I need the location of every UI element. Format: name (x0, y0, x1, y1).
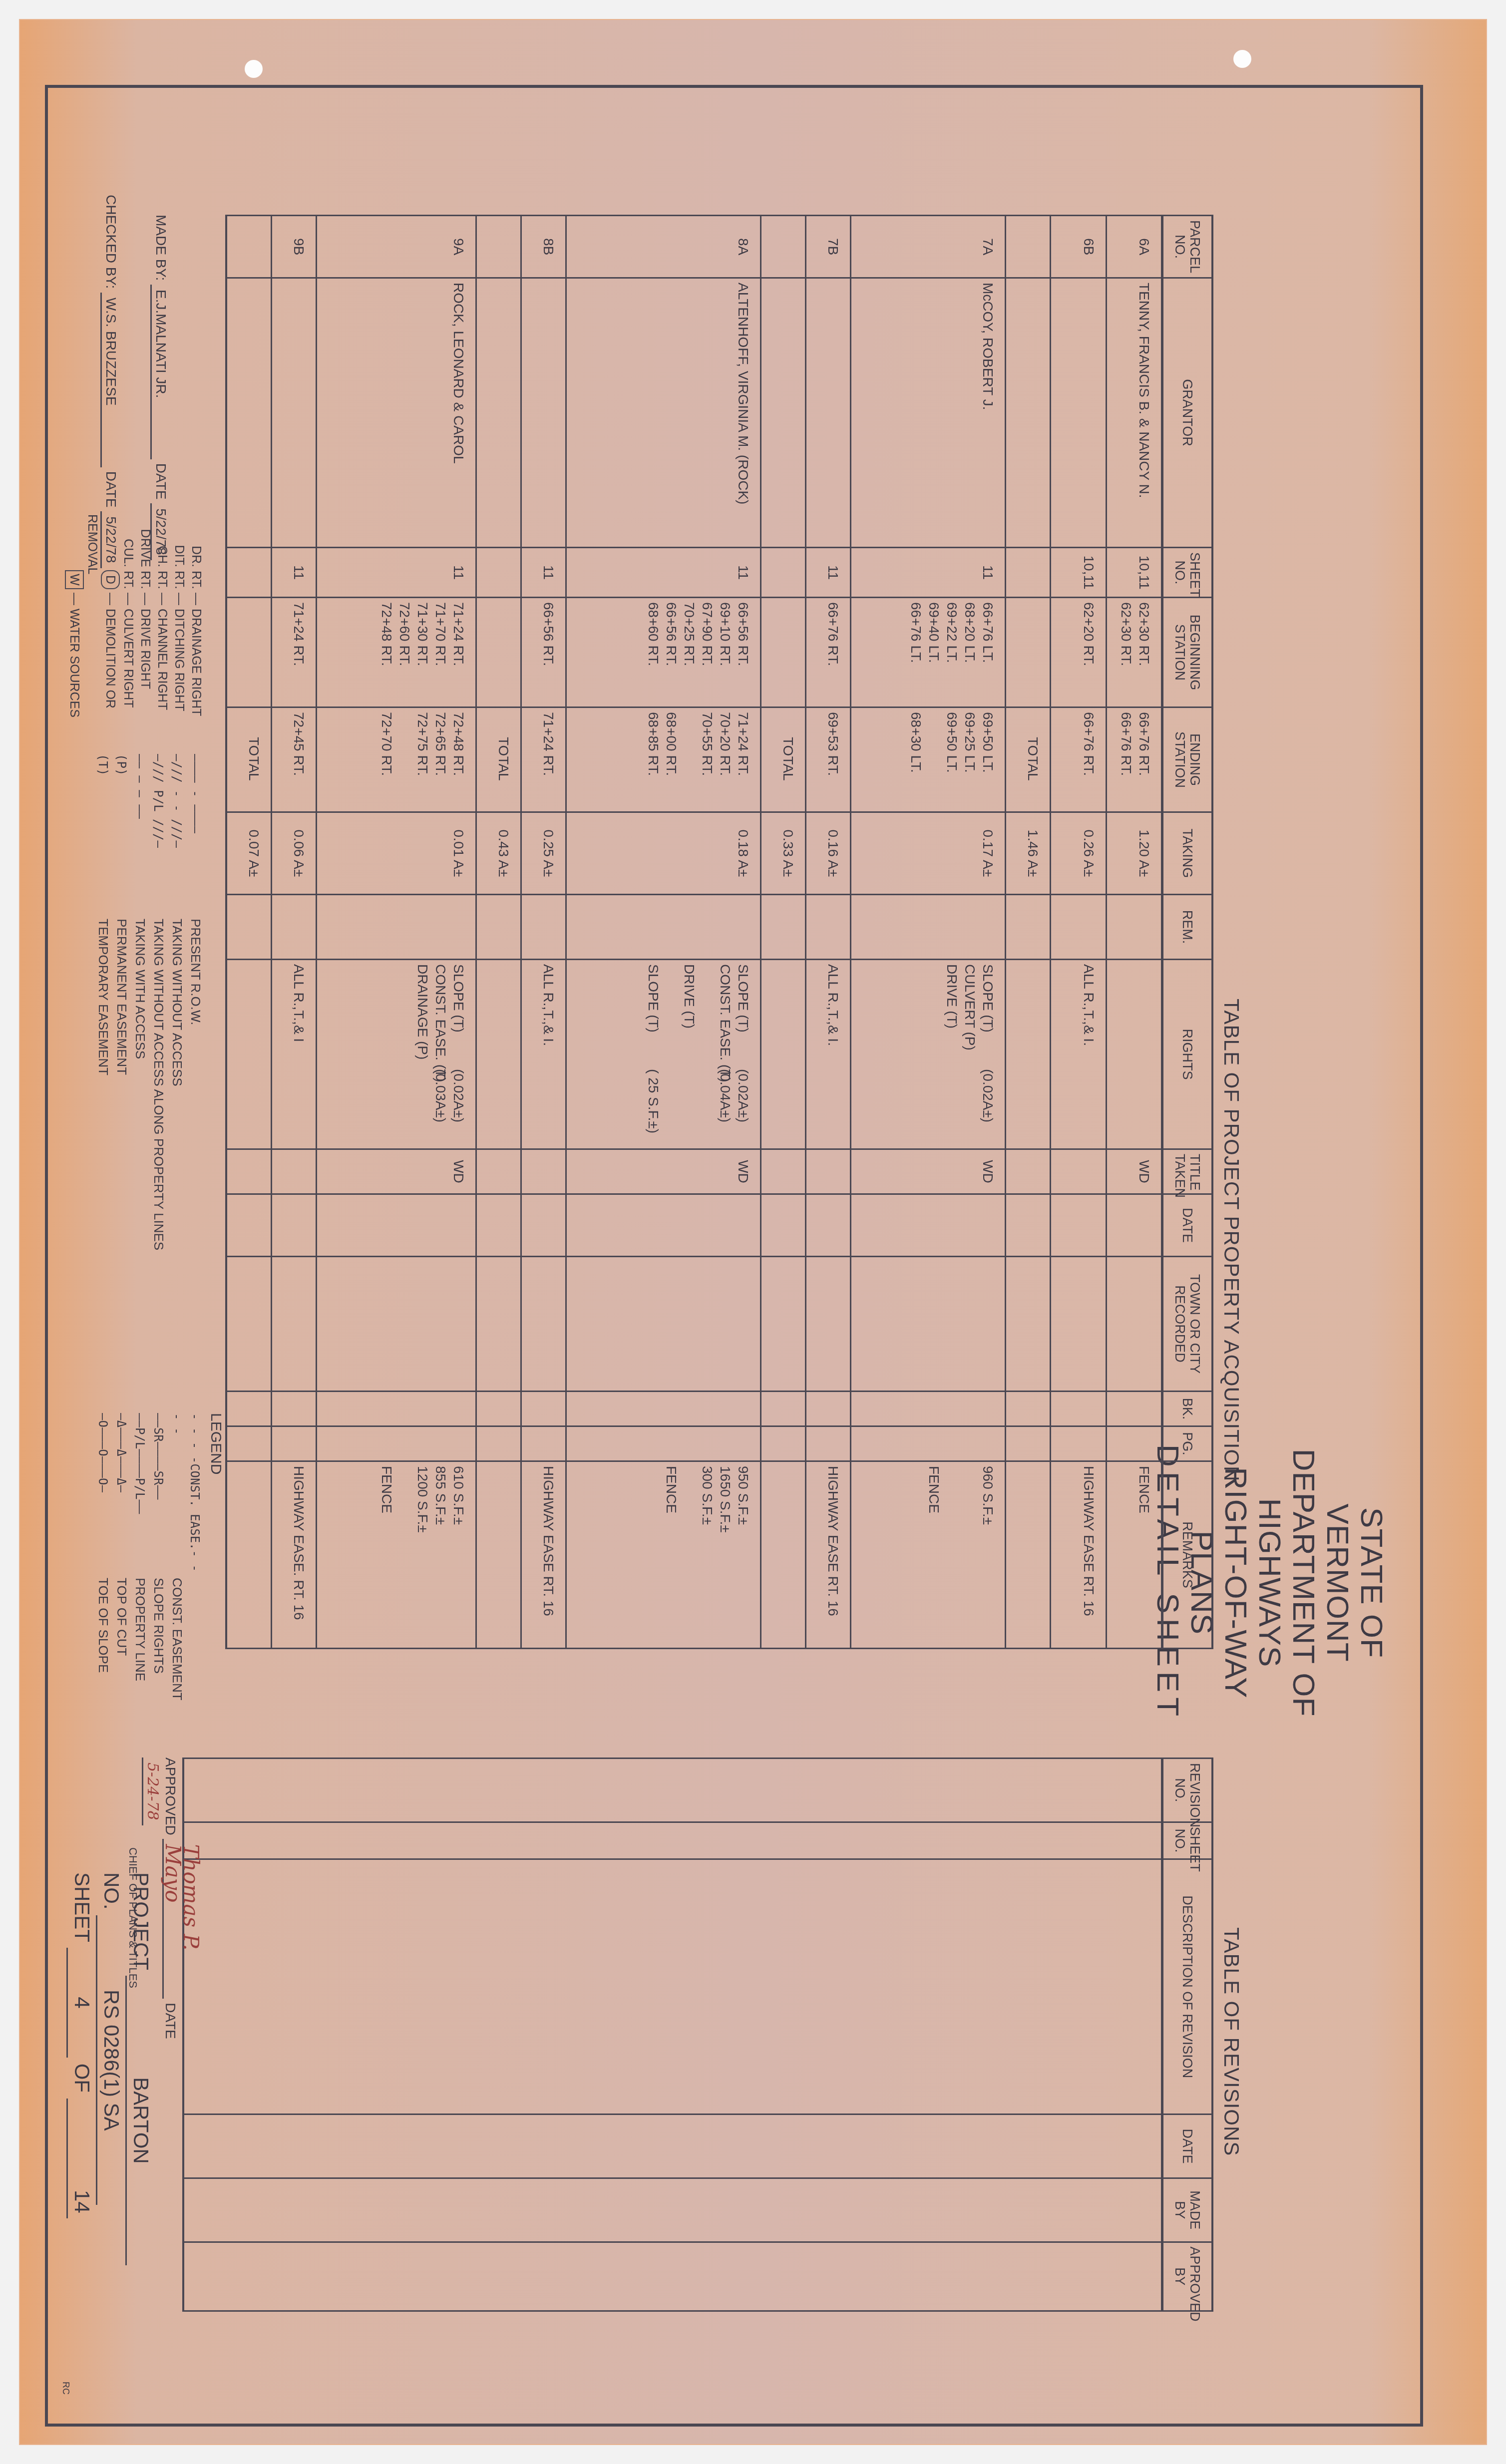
sheet-text: 11 (979, 552, 997, 593)
cell-bk (566, 1392, 761, 1426)
table-row: 8B1166+56 RT.71+24 RT.0.25 A±ALL R.,T.,&… (521, 216, 566, 1649)
column-header: REM. (1162, 895, 1213, 960)
rights-text: ALL R.,T.,& I. (824, 964, 842, 1069)
legend: LEGEND - - - -CONST. EASE.- - - -CONST. … (94, 1413, 225, 1762)
remarks-text: HIGHWAY EASE. RT. 16 (290, 1466, 308, 1644)
taking-text: 0.16 A± (824, 817, 842, 890)
remarks-text: 610 S.F.± 855 S.F.± 1200 S.F.± FENCE (377, 1466, 467, 1644)
cell-pg (761, 1426, 806, 1461)
cell-town (1006, 1257, 1051, 1392)
column-header: RIGHTS (1162, 960, 1213, 1149)
cell-bk (1051, 1392, 1107, 1426)
cell-sheet (1006, 548, 1051, 598)
cell-pg (476, 1426, 521, 1461)
cell-taking: 0.33 A± (761, 812, 806, 895)
rights-text: ALL R.,T.,& I. (539, 964, 557, 1069)
legend-symbol-icon: - - - -CONST. EASE.- - - - (168, 1413, 204, 1578)
cell-remarks: 610 S.F.± 855 S.F.± 1200 S.F.± FENCE (317, 1461, 476, 1649)
legend-symbol-icon: —O———O———O— (94, 1413, 112, 1578)
cell-rem (272, 895, 317, 960)
sheet-text: 11 (449, 552, 467, 593)
title-text: WD (734, 1154, 752, 1189)
taking-text: 1.46 A± (1024, 817, 1042, 890)
cell-remarks: HIGHWAY EASE. RT. 16 (272, 1461, 317, 1649)
cell-taking: 0.26 A± (1051, 812, 1107, 895)
column-header: TAKING (1162, 812, 1213, 895)
cell-bk (476, 1392, 521, 1426)
revisions-empty-row (184, 1759, 1162, 2311)
cell-grantor (476, 278, 521, 548)
legend-item: —O———O———O—TOE OF SLOPE (94, 1413, 112, 1762)
revision-column-header: SHEET NO. (1162, 1822, 1213, 1859)
line-key-item: (T)TEMPORARY EASEMENT (94, 754, 112, 1378)
cell-pg (1107, 1426, 1162, 1461)
parcel-text: 6A (1135, 220, 1153, 273)
begin-text: 66+76 LT. 68+20 LT. 69+22 LT. 69+40 LT. … (907, 602, 997, 703)
approver-signature: Thomas P. Mayo (162, 1839, 200, 1999)
line-key-item: ———— - ————PRESENT R.O.W. (186, 754, 205, 1378)
table-row: TOTAL0.43 A± (476, 216, 521, 1649)
cell-date (566, 1194, 761, 1257)
table-row: 6B10,1162+20 RT.66+76 RT.0.26 A±ALL R.,T… (1051, 216, 1107, 1649)
abbreviations-list: DR. RT. — DRAINAGE RIGHTDIT. RT. — DITCH… (65, 514, 205, 724)
remarks-text: HIGHWAY EASE RT. 16 (1080, 1466, 1098, 1644)
column-header: BEGINNING STATION (1162, 598, 1213, 707)
rights-text: SLOPE (T) CONST. EASE. (T) DRAINAGE (P) (413, 964, 467, 1069)
cell-date (272, 1194, 317, 1257)
title-state: STATE OF VERMONT (1320, 1433, 1388, 1733)
cell-rights: SLOPE (T) CONST. EASE. (T) DRAINAGE (P)(… (317, 960, 476, 1149)
project-block: PROJECT BARTON NO. RS 0286(1) SA SHEET 4… (66, 1872, 155, 2372)
abbreviation-item: DRIVE RT. — DRIVE RIGHT (137, 514, 154, 724)
cell-end: 72+45 RT. (272, 707, 317, 812)
made-date-label: DATE (153, 463, 169, 500)
legend-meaning: CONST. EASEMENT (170, 1578, 185, 1701)
end-text: TOTAL (245, 712, 263, 807)
begin-text: 71+24 RT. (290, 602, 308, 703)
cell-parcel: 6A (1107, 216, 1162, 278)
begin-text: 66+56 RT. (539, 602, 557, 703)
cell-date (521, 1194, 566, 1257)
column-header: TITLE TAKEN (1162, 1149, 1213, 1194)
cell-grantor (806, 278, 851, 548)
taking-text: 0.26 A± (1080, 817, 1098, 890)
approved-label: APPROVED (163, 1758, 178, 1835)
end-text: 69+50 LT. 69+25 LT. 69+50 LT. 68+30 LT. (907, 712, 997, 807)
cell-rem (761, 895, 806, 960)
cell-parcel (761, 216, 806, 278)
abbreviation-meaning: CHANNEL RIGHT (155, 609, 169, 710)
cell-title (1006, 1149, 1051, 1194)
cell-town (761, 1257, 806, 1392)
parcel-text: 9B (290, 220, 308, 273)
rights-area: (0.02A±) (0.03A±) (431, 1069, 467, 1122)
cell-grantor: ROCK, LEONARD & CAROL (317, 278, 476, 548)
line-key-item: (P)PERMANENT EASEMENT (112, 754, 131, 1378)
project-number: RS 0286(1) SA (96, 1915, 125, 2205)
cell-end: 71+24 RT. 70+20 RT. 70+55 RT. 68+00 RT. … (566, 707, 761, 812)
cell-sheet: 11 (806, 548, 851, 598)
cell-bk (1107, 1392, 1162, 1426)
cell-pg (1006, 1426, 1051, 1461)
cell-end: 66+76 RT. (1051, 707, 1107, 812)
revision-column-header: MADE BY (1162, 2178, 1213, 2242)
corner-mark: RC (57, 2382, 75, 2395)
cell-pg (566, 1426, 761, 1461)
cell-rem (851, 895, 1006, 960)
line-key-meaning: TAKING WITH ACCESS (133, 919, 148, 1059)
line-type-key: ———— - ————PRESENT R.O.W.—/// - - ///—TA… (94, 754, 205, 1378)
legend-symbol-icon: ——P/L————P/L—— (131, 1413, 149, 1578)
cell-title (272, 1149, 317, 1194)
cell-parcel (227, 216, 272, 278)
abbreviation-item: D — DEMOLITION OR REMOVAL (84, 514, 120, 724)
cell-rights (227, 960, 272, 1149)
cell-remarks (227, 1461, 272, 1649)
begin-text: 62+20 RT. (1080, 602, 1098, 703)
cell-parcel: 7B (806, 216, 851, 278)
end-text: TOTAL (779, 712, 797, 807)
cell-pg (806, 1426, 851, 1461)
cell-begin (761, 598, 806, 707)
cell-rem (1107, 895, 1162, 960)
abbreviation-item: CH. RT. — CHANNEL RIGHT (154, 514, 171, 724)
cell-rights: SLOPE (T) CULVERT (P) DRIVE (T)(0.02A±) (851, 960, 1006, 1149)
title-text: WD (449, 1154, 467, 1189)
begin-text: 66+56 RT. 69+10 RT. 67+90 RT. 70+25 RT. … (644, 602, 752, 703)
cell-taking: 1.46 A± (1006, 812, 1051, 895)
cell-rem (521, 895, 566, 960)
remarks-text: HIGHWAY EASE RT. 16 (539, 1466, 557, 1644)
cell-rights: SLOPE (T) CONST. EASE. (T) DRIVE (T) SLO… (566, 960, 761, 1149)
cell-grantor: McCOY, ROBERT J. (851, 278, 1006, 548)
revisions-table: REVISION NO.SHEET NO.DESCRIPTION OF REVI… (183, 1758, 1214, 2312)
project-label: PROJECT (129, 1872, 153, 1970)
cell-rights (1006, 960, 1051, 1149)
cell-end: 69+53 RT. (806, 707, 851, 812)
cell-town (272, 1257, 317, 1392)
demolition-hex-icon: D (101, 514, 120, 589)
grantor-text: McCOY, ROBERT J. (979, 283, 997, 543)
cell-pg (521, 1426, 566, 1461)
table-row: 8AALTENHOFF, VIRGINIA M. (ROCK)1166+56 R… (566, 216, 761, 1649)
cell-bk (851, 1392, 1006, 1426)
rights-text: SLOPE (T) CULVERT (P) DRIVE (T) (943, 964, 997, 1069)
cell-pg (272, 1426, 317, 1461)
cell-bk (761, 1392, 806, 1426)
cell-begin: 66+56 RT. 69+10 RT. 67+90 RT. 70+25 RT. … (566, 598, 761, 707)
cell-bk (806, 1392, 851, 1426)
cell-town (806, 1257, 851, 1392)
punch-hole (245, 60, 263, 78)
cell-town (317, 1257, 476, 1392)
cell-bk (272, 1392, 317, 1426)
cell-rights: ALL R.,T.,& I. (521, 960, 566, 1149)
cell-sheet: 11 (566, 548, 761, 598)
parcel-text: 8B (539, 220, 557, 273)
cell-rem (476, 895, 521, 960)
table-row: 6ATENNY, FRANCIS B. & NANCY N.10,1162+30… (1107, 216, 1162, 1649)
column-header: SHEET NO. (1162, 548, 1213, 598)
cell-rights (761, 960, 806, 1149)
punch-hole (1233, 50, 1251, 68)
line-key-item: —— — — ——TAKING WITH ACCESS (131, 754, 149, 1378)
cell-begin (227, 598, 272, 707)
grantor-text: ROCK, LEONARD & CAROL (449, 283, 467, 543)
cell-bk (521, 1392, 566, 1426)
cell-end: 66+76 RT. 66+76 RT. (1107, 707, 1162, 812)
title-department: DEPARTMENT OF HIGHWAYS (1252, 1433, 1320, 1733)
line-key-item: —/// - - ///—TAKING WITHOUT ACCESS (168, 754, 186, 1378)
cell-end: 69+50 LT. 69+25 LT. 69+50 LT. 68+30 LT. (851, 707, 1006, 812)
sheet-number: 4 (66, 1948, 96, 2058)
cell-grantor (521, 278, 566, 548)
parcel-text: 7B (824, 220, 842, 273)
cell-taking: 0.16 A± (806, 812, 851, 895)
column-header: PARCEL NO. (1162, 216, 1213, 278)
cell-town (1051, 1257, 1107, 1392)
acquisition-header-row: PARCEL NO.GRANTORSHEET NO.BEGINNING STAT… (1162, 216, 1213, 1649)
cell-title: WD (566, 1149, 761, 1194)
line-symbol-icon: —/// P/L ///— (149, 754, 167, 919)
legend-item: - - - -CONST. EASE.- - - -CONST. EASEMEN… (168, 1413, 204, 1762)
column-header: REMARKS (1162, 1461, 1213, 1649)
line-key-item: —/// P/L ///—TAKING WITHOUT ACCESS ALONG… (149, 754, 168, 1378)
sheet-text: 11 (290, 552, 308, 593)
cell-remarks: HIGHWAY EASE RT. 16 (806, 1461, 851, 1649)
abbreviation-item: DIT. RT. — DITCHING RIGHT (171, 514, 188, 724)
acquisition-table: PARCEL NO.GRANTORSHEET NO.BEGINNING STAT… (226, 215, 1214, 1649)
cell-parcel: 6B (1051, 216, 1107, 278)
abbreviation-item: DR. RT. — DRAINAGE RIGHT (188, 514, 205, 724)
legend-meaning: PROPERTY LINE (133, 1578, 148, 1681)
end-text: 71+24 RT. (539, 712, 557, 807)
cell-title (806, 1149, 851, 1194)
taking-text: 0.43 A± (494, 817, 512, 890)
cell-rights (476, 960, 521, 1149)
legend-item: —Δ———Δ———Δ—TOP OF CUT (112, 1413, 131, 1762)
cell-grantor (1006, 278, 1051, 548)
cell-remarks: HIGHWAY EASE RT. 16 (1051, 1461, 1107, 1649)
made-by-value: E.J.MALNATI JR. (150, 285, 170, 459)
revisions-header-row: REVISION NO.SHEET NO.DESCRIPTION OF REVI… (1162, 1759, 1213, 2311)
rights-text: SLOPE (T) CONST. EASE. (T) DRIVE (T) SLO… (644, 964, 752, 1069)
cell-taking: 0.43 A± (476, 812, 521, 895)
cell-parcel: 7A (851, 216, 1006, 278)
end-text: TOTAL (1024, 712, 1042, 807)
cell-sheet (227, 548, 272, 598)
cell-rem (317, 895, 476, 960)
cell-bk (1006, 1392, 1051, 1426)
legend-title: LEGEND (207, 1413, 225, 1762)
column-header: GRANTOR (1162, 278, 1213, 548)
cell-parcel: 9A (317, 216, 476, 278)
cell-title (476, 1149, 521, 1194)
line-key-meaning: PRESENT R.O.W. (188, 919, 203, 1025)
begin-text: 66+76 RT. (824, 602, 842, 703)
cell-sheet: 10,11 (1107, 548, 1162, 598)
legend-meaning: SLOPE RIGHTS (151, 1578, 166, 1674)
cell-end: TOTAL (1006, 707, 1051, 812)
cell-date (1006, 1194, 1051, 1257)
cell-taking: 1.20 A± (1107, 812, 1162, 895)
sheet-text: 10,11 (1080, 552, 1098, 593)
abbreviation-item: CUL. RT. — CULVERT RIGHT (120, 514, 137, 724)
column-header: TOWN OR CITY RECORDED (1162, 1257, 1213, 1392)
cell-begin: 66+76 RT. (806, 598, 851, 707)
cell-begin: 62+20 RT. (1051, 598, 1107, 707)
cell-grantor (761, 278, 806, 548)
cell-taking: 0.25 A± (521, 812, 566, 895)
project-name: BARTON (125, 1976, 155, 2265)
taking-text: 0.25 A± (539, 817, 557, 890)
cell-sheet: 11 (521, 548, 566, 598)
end-text: 66+76 RT. 66+76 RT. (1117, 712, 1153, 807)
cell-title: WD (317, 1149, 476, 1194)
cell-rights: ALL R.,T.,& I (272, 960, 317, 1149)
acquisition-table-title: TABLE OF PROJECT PROPERTY ACQUISITION (1219, 999, 1243, 1481)
legend-item: ——P/L————P/L——PROPERTY LINE (131, 1413, 149, 1762)
checked-by-label: CHECKED BY: (103, 195, 119, 289)
cell-date (1107, 1194, 1162, 1257)
sheet-text: 11 (734, 552, 752, 593)
cell-grantor (272, 278, 317, 548)
taking-text: 0.18 A± (734, 817, 752, 890)
approval-date-value: 5-24-78 (142, 1758, 161, 1825)
grantor-text: ALTENHOFF, VIRGINIA M. (ROCK) (734, 283, 752, 543)
taking-text: 1.20 A± (1135, 817, 1153, 890)
taking-text: 0.17 A± (979, 817, 997, 890)
made-by-label: MADE BY: (153, 215, 169, 281)
taking-text: 0.07 A± (245, 817, 263, 890)
line-key-meaning: TAKING WITHOUT ACCESS ALONG PROPERTY LIN… (151, 919, 166, 1250)
cell-taking: 0.01 A± (317, 812, 476, 895)
cell-rem (806, 895, 851, 960)
cell-rem (227, 895, 272, 960)
abbreviation-code: DR. RT. (188, 514, 205, 589)
line-key-meaning: PERMANENT EASEMENT (114, 919, 129, 1075)
cell-remarks (1006, 1461, 1051, 1649)
cell-town (851, 1257, 1006, 1392)
cell-date (476, 1194, 521, 1257)
revision-column-header: APPROVED BY (1162, 2242, 1213, 2311)
table-row: 9B1171+24 RT.72+45 RT.0.06 A±ALL R.,T.,&… (272, 216, 317, 1649)
cell-bk (227, 1392, 272, 1426)
cell-taking: 0.17 A± (851, 812, 1006, 895)
made-by-line: MADE BY: E.J.MALNATI JR. DATE 5/22/78 (150, 215, 170, 560)
cell-pg (317, 1426, 476, 1461)
cell-title (1051, 1149, 1107, 1194)
cell-end: TOTAL (227, 707, 272, 812)
end-text: TOTAL (494, 712, 512, 807)
revision-column-header: DESCRIPTION OF REVISION (1162, 1859, 1213, 2114)
cell-title (761, 1149, 806, 1194)
cell-bk (317, 1392, 476, 1426)
remarks-text: FENCE (1135, 1466, 1153, 1644)
end-text: 72+48 RT. 72+65 RT. 72+75 RT. 72+70 RT. (377, 712, 467, 807)
cell-town (566, 1257, 761, 1392)
cell-rem (1051, 895, 1107, 960)
title-text: WD (1135, 1154, 1153, 1189)
abbreviation-meaning: WATER SOURCES (67, 609, 81, 717)
parcel-text: 8A (734, 220, 752, 273)
revisions-table-title: TABLE OF REVISIONS (1219, 1927, 1243, 2156)
checked-by-line: CHECKED BY: W.S. BRUZZESE DATE 5/22/78 (100, 195, 120, 568)
sheet-text: 11 (539, 552, 557, 593)
sheet-text: 10,11 (1135, 552, 1153, 593)
abbreviation-code: DRIVE RT. (137, 514, 154, 589)
cell-sheet: 11 (851, 548, 1006, 598)
cell-date (227, 1194, 272, 1257)
parcel-text: 6B (1080, 220, 1098, 273)
end-text: 72+45 RT. (290, 712, 308, 807)
legend-item: ——SR————SR——SLOPE RIGHTS (149, 1413, 168, 1762)
revision-column-header: DATE (1162, 2114, 1213, 2178)
cell-begin (476, 598, 521, 707)
cell-begin: 66+76 LT. 68+20 LT. 69+22 LT. 69+40 LT. … (851, 598, 1006, 707)
cell-grantor: ALTENHOFF, VIRGINIA M. (ROCK) (566, 278, 761, 548)
abbreviation-code: DIT. RT. (171, 514, 188, 589)
sheet-text: 11 (824, 552, 842, 593)
revision-column-header: REVISION NO. (1162, 1759, 1213, 1822)
cell-grantor: TENNY, FRANCIS B. & NANCY N. (1107, 278, 1162, 548)
cell-parcel (1006, 216, 1051, 278)
cell-rights (1107, 960, 1162, 1149)
cell-end: TOTAL (476, 707, 521, 812)
cell-date (851, 1194, 1006, 1257)
table-row: TOTAL1.46 A± (1006, 216, 1051, 1649)
rights-area: (0.02A±) (979, 1069, 997, 1122)
cell-date (1051, 1194, 1107, 1257)
cell-remarks (476, 1461, 521, 1649)
table-row: 9AROCK, LEONARD & CAROL1171+24 RT. 71+70… (317, 216, 476, 1649)
cell-rights: ALL R.,T.,& I. (1051, 960, 1107, 1149)
abbreviation-meaning: DRIVE RIGHT (138, 609, 152, 689)
cell-date (317, 1194, 476, 1257)
abbreviation-meaning: DITCHING RIGHT (172, 609, 186, 711)
abbreviation-meaning: CULVERT RIGHT (121, 609, 135, 708)
cell-title: WD (1107, 1149, 1162, 1194)
cell-sheet (476, 548, 521, 598)
end-text: 66+76 RT. (1080, 712, 1098, 807)
begin-text: 71+24 RT. 71+70 RT. 71+30 RT. 72+60 RT. … (377, 602, 467, 703)
cell-begin: 66+56 RT. (521, 598, 566, 707)
cell-town (476, 1257, 521, 1392)
cell-town (1107, 1257, 1162, 1392)
cell-parcel: 8A (566, 216, 761, 278)
taking-text: 0.33 A± (779, 817, 797, 890)
cell-begin: 71+24 RT. (272, 598, 317, 707)
end-text: 69+53 RT. (824, 712, 842, 807)
line-symbol-icon: (P) (112, 754, 130, 919)
cell-sheet (761, 548, 806, 598)
cell-end: 71+24 RT. (521, 707, 566, 812)
end-text: 71+24 RT. 70+20 RT. 70+55 RT. 68+00 RT. … (644, 712, 752, 807)
checked-date-label: DATE (103, 471, 119, 508)
abbreviation-meaning: DRAINAGE RIGHT (189, 609, 203, 716)
cell-parcel: 8B (521, 216, 566, 278)
rights-text: ALL R.,T.,& I (290, 964, 308, 1069)
cell-title (227, 1149, 272, 1194)
cell-remarks: HIGHWAY EASE RT. 16 (521, 1461, 566, 1649)
sheet-label: SHEET (70, 1872, 94, 1942)
cell-town (521, 1257, 566, 1392)
water-source-box-icon: W (65, 514, 84, 589)
line-symbol-icon: —/// - - ///— (168, 754, 186, 919)
cell-rem (566, 895, 761, 960)
cell-grantor (1051, 278, 1107, 548)
project-number-label: NO. (100, 1872, 123, 1910)
